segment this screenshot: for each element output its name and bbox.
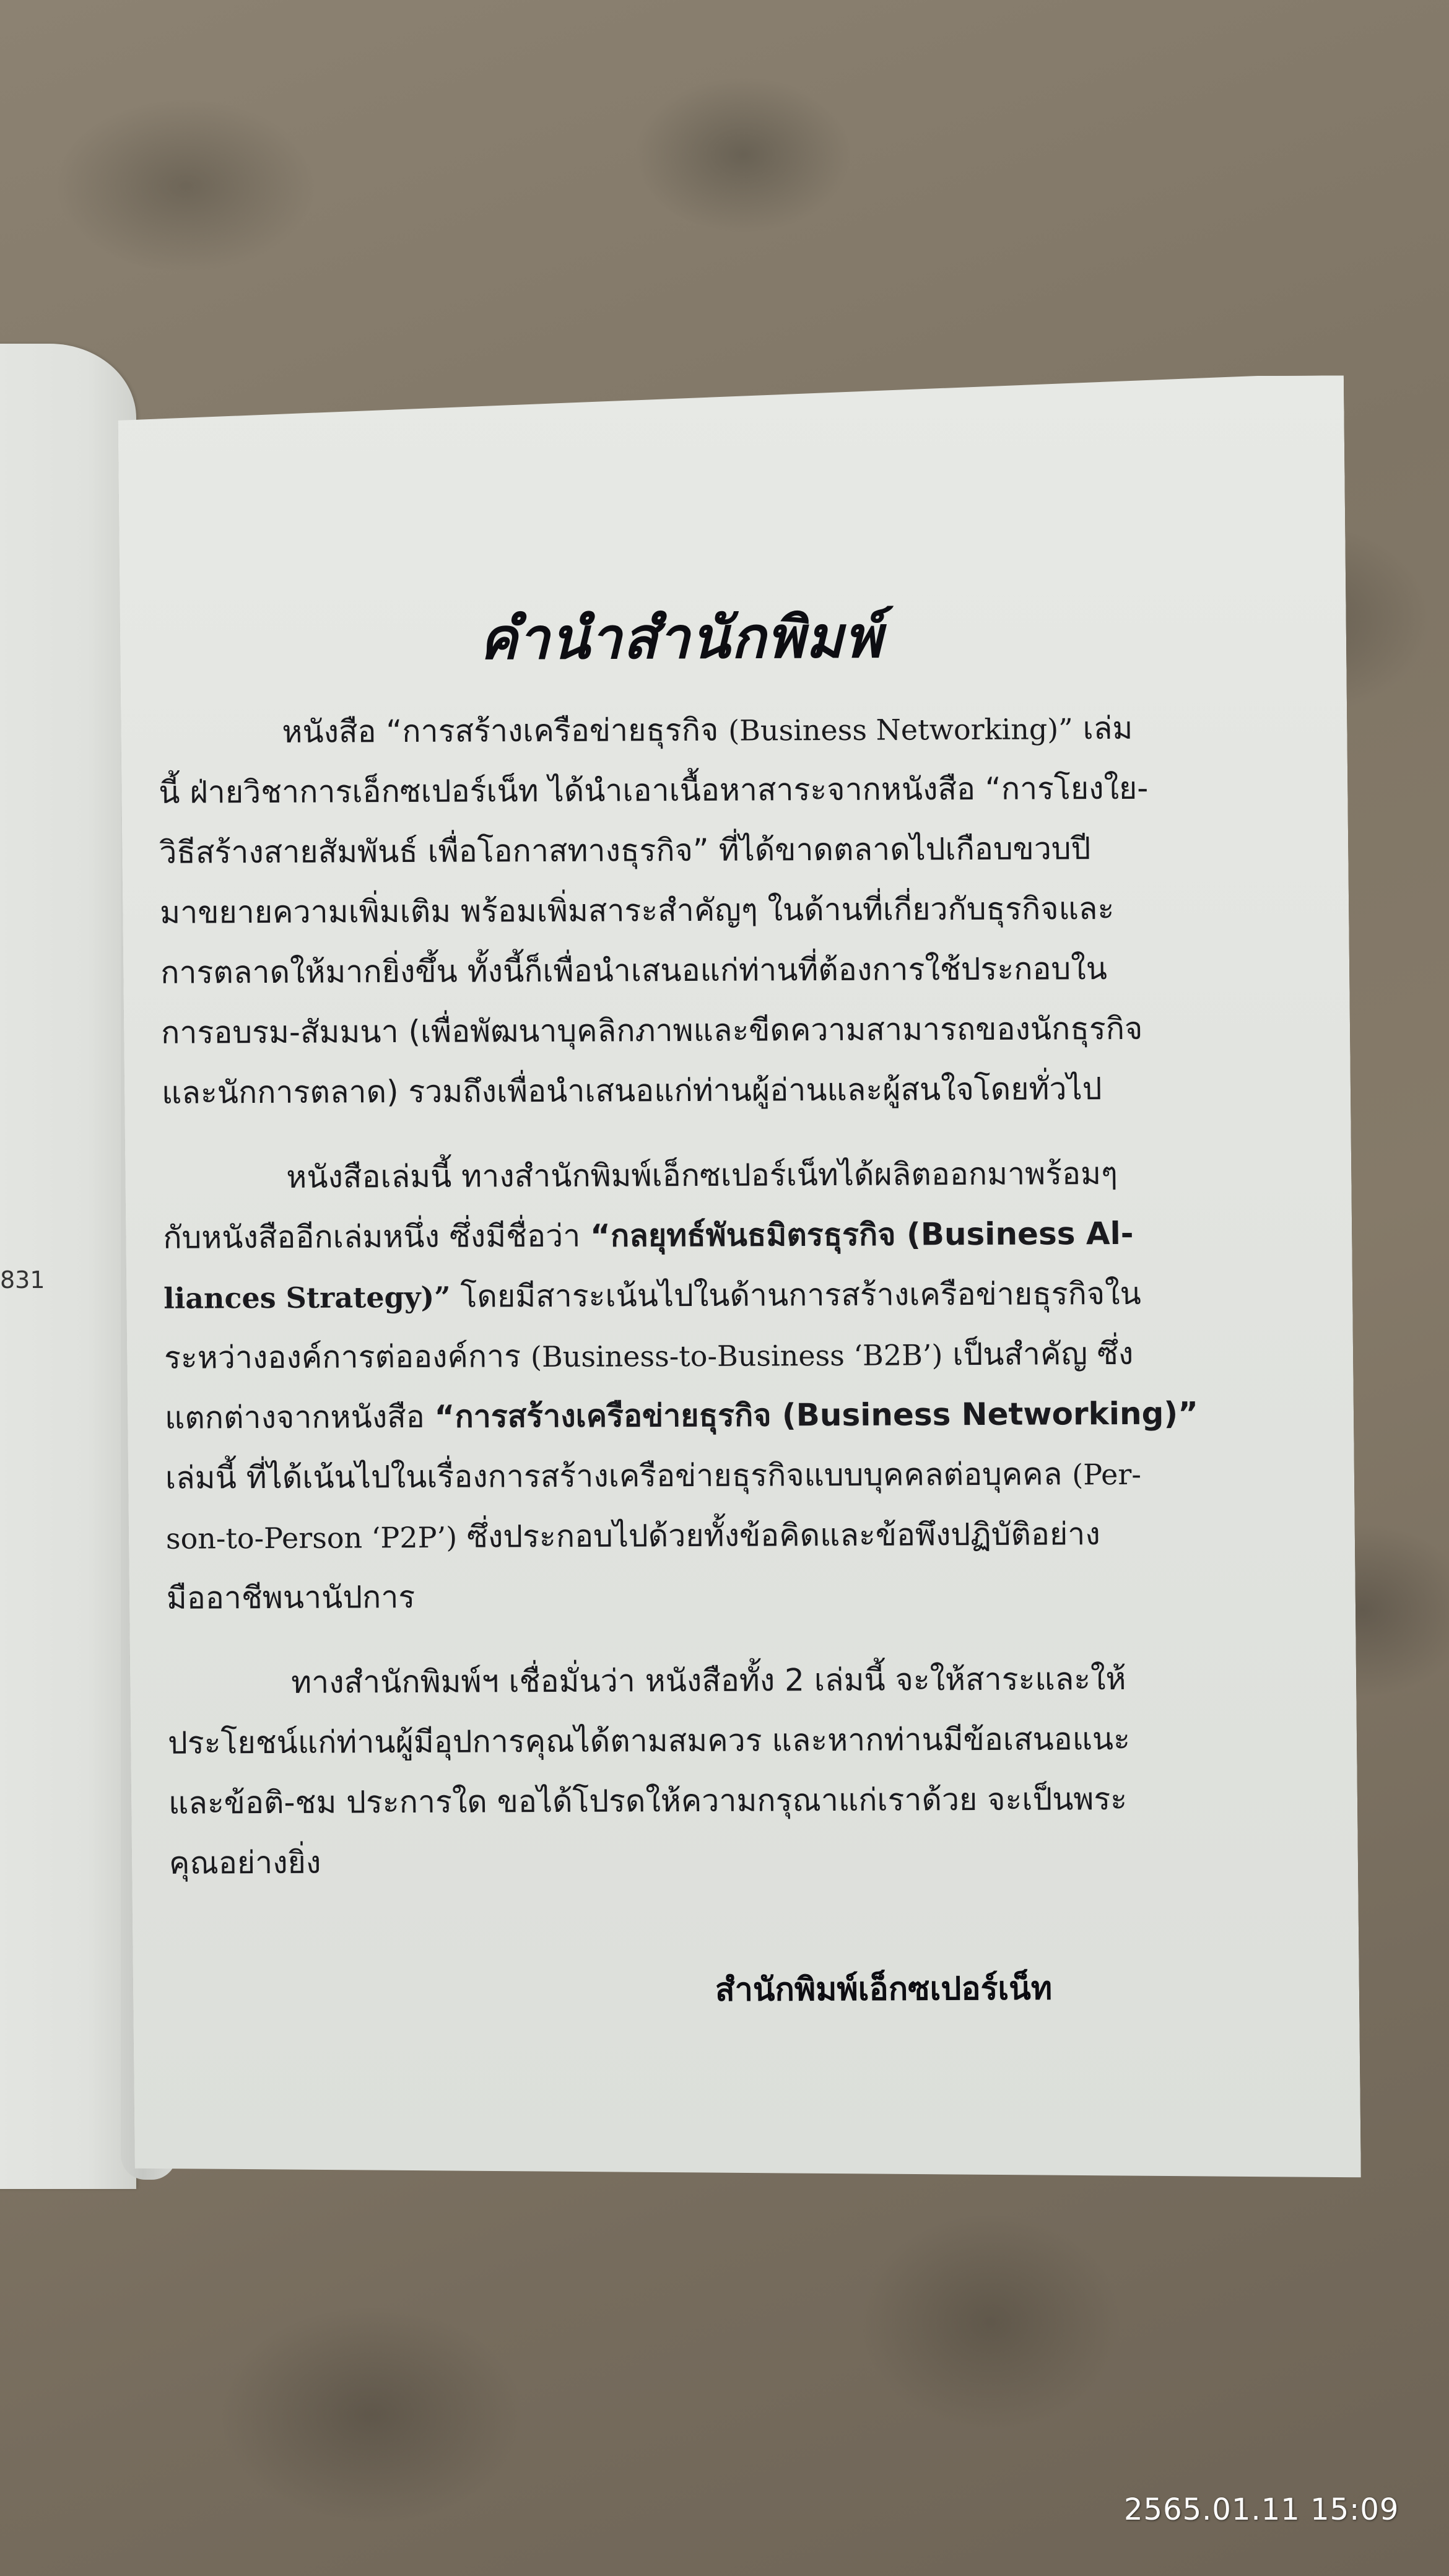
text-line: การตลาดให้มากยิ่งขึ้น ทั้งนี้ก็เพื่อนำเส… [160, 938, 1245, 1003]
text-segment: เล่มนี้ ที่ได้เน้นไปในเรื่องการสร้างเครื… [165, 1456, 1073, 1495]
text-segment: ซึ่งประกอบไปด้วยทั้งข้อคิดและข้อพึงปฏิบั… [457, 1516, 1100, 1555]
text-line: และข้อติ-ชม ประการใด ขอได้โปรดให้ความกรุ… [168, 1769, 1253, 1834]
text-segment: (Per- [1072, 1458, 1141, 1491]
book-title-emphasis: “กลยุทธ์พันธมิตรธุรกิจ (Business Al- [590, 1216, 1134, 1254]
text-segment: เล่ม [1073, 710, 1133, 746]
photo-timestamp: 2565.01.11 15:09 [1124, 2492, 1399, 2527]
text-line: กับหนังสืออีกเล่มหนึ่ง ซึ่งมีชื่อว่า “กล… [163, 1203, 1247, 1268]
text-segment: หนังสือ “การสร้างเครือข่ายธุรกิจ [282, 712, 728, 750]
paragraph-2: หนังสือเล่มนี้ ทางสำนักพิมพ์เอ็กซเปอร์เน… [162, 1143, 1250, 1629]
text-line: แตกต่างจากหนังสือ “การสร้างเครือข่ายธุรก… [165, 1383, 1249, 1448]
text-line: เล่มนี้ ที่ได้เน้นไปในเรื่องการสร้างเครื… [165, 1443, 1250, 1508]
text-line: นี้ ฝ่ายวิชาการเอ็กซเปอร์เน็ท ได้นำเอาเน… [159, 758, 1243, 823]
text-line: คุณอย่างยิ่ง [169, 1829, 1253, 1894]
text-segment: โดยมีสาระเน้นไปในด้านการสร้างเครือข่ายธุ… [450, 1276, 1141, 1315]
text-segment: แตกต่างจากหนังสือ [165, 1399, 435, 1436]
text-segment: ระหว่างองค์การต่อองค์การ [164, 1338, 531, 1376]
text-line: วิธีสร้างสายสัมพันธ์ เพื่อโอกาสทางธุรกิจ… [159, 818, 1243, 883]
book-title-emphasis: liances Strategy)” [163, 1281, 451, 1315]
text-line: ประโยชน์แก่ท่านผู้มีอุปการคุณได้ตามสมควร… [168, 1708, 1252, 1773]
text-line: มืออาชีพนานัปการ [166, 1564, 1250, 1629]
paragraph-1: หนังสือ “การสร้างเครือข่ายธุรกิจ (Busine… [158, 698, 1245, 1123]
text-segment: กับหนังสืออีกเล่มหนึ่ง ซึ่งมีชื่อว่า [163, 1218, 590, 1256]
text-line: liances Strategy)” โดยมีสาระเน้นไปในด้าน… [163, 1263, 1248, 1328]
text-line: ทางสำนักพิมพ์ฯ เชื่อมั่นว่า หนังสือทั้ง … [167, 1648, 1251, 1713]
text-line: หนังสือ “การสร้างเครือข่ายธุรกิจ (Busine… [158, 698, 1242, 763]
text-line: son-to-Person ‘P2P’) ซึ่งประกอบไปด้วยทั้… [165, 1503, 1250, 1569]
text-segment: (Business-to-Business ‘B2B’) [531, 1338, 943, 1373]
book-title-emphasis: “การสร้างเครือข่ายธุรกิจ (Business Netwo… [434, 1395, 1198, 1434]
page-content: คำนำสำนักพิมพ์ หนังสือ “การสร้างเครือข่า… [155, 375, 1349, 2182]
text-line: และนักการตลาด) รวมถึงเพื่อนำเสนอแก่ท่านผ… [162, 1058, 1246, 1123]
text-segment: เป็นสำคัญ ซึ่ง [942, 1336, 1133, 1372]
text-line: การอบรม-สัมมนา (เพื่อพัฒนาบุคลิกภาพและขี… [161, 998, 1245, 1063]
foreword-body: หนังสือ “การสร้างเครือข่ายธุรกิจ (Busine… [158, 698, 1253, 1894]
text-line: ระหว่างองค์การต่อองค์การ (Business-to-Bu… [164, 1323, 1248, 1388]
page-title: คำนำสำนักพิมพ์ [479, 591, 883, 684]
text-segment: (Business Networking)” [728, 712, 1073, 747]
text-line: มาขยายความเพิ่มเติม พร้อมเพิ่มสาระสำคัญๆ… [160, 878, 1244, 943]
text-segment: son-to-Person ‘P2P’) [166, 1521, 458, 1556]
book-page: คำนำสำนักพิมพ์ หนังสือ “การสร้างเครือข่า… [118, 375, 1361, 2183]
paragraph-3: ทางสำนักพิมพ์ฯ เชื่อมั่นว่า หนังสือทั้ง … [167, 1648, 1253, 1894]
text-line: หนังสือเล่มนี้ ทางสำนักพิมพ์เอ็กซเปอร์เน… [162, 1143, 1247, 1208]
previous-page-number: 831 [0, 1266, 45, 1294]
publisher-signature: สำนักพิมพ์เอ็กซเปอร์เน็ท [715, 1962, 1053, 2015]
